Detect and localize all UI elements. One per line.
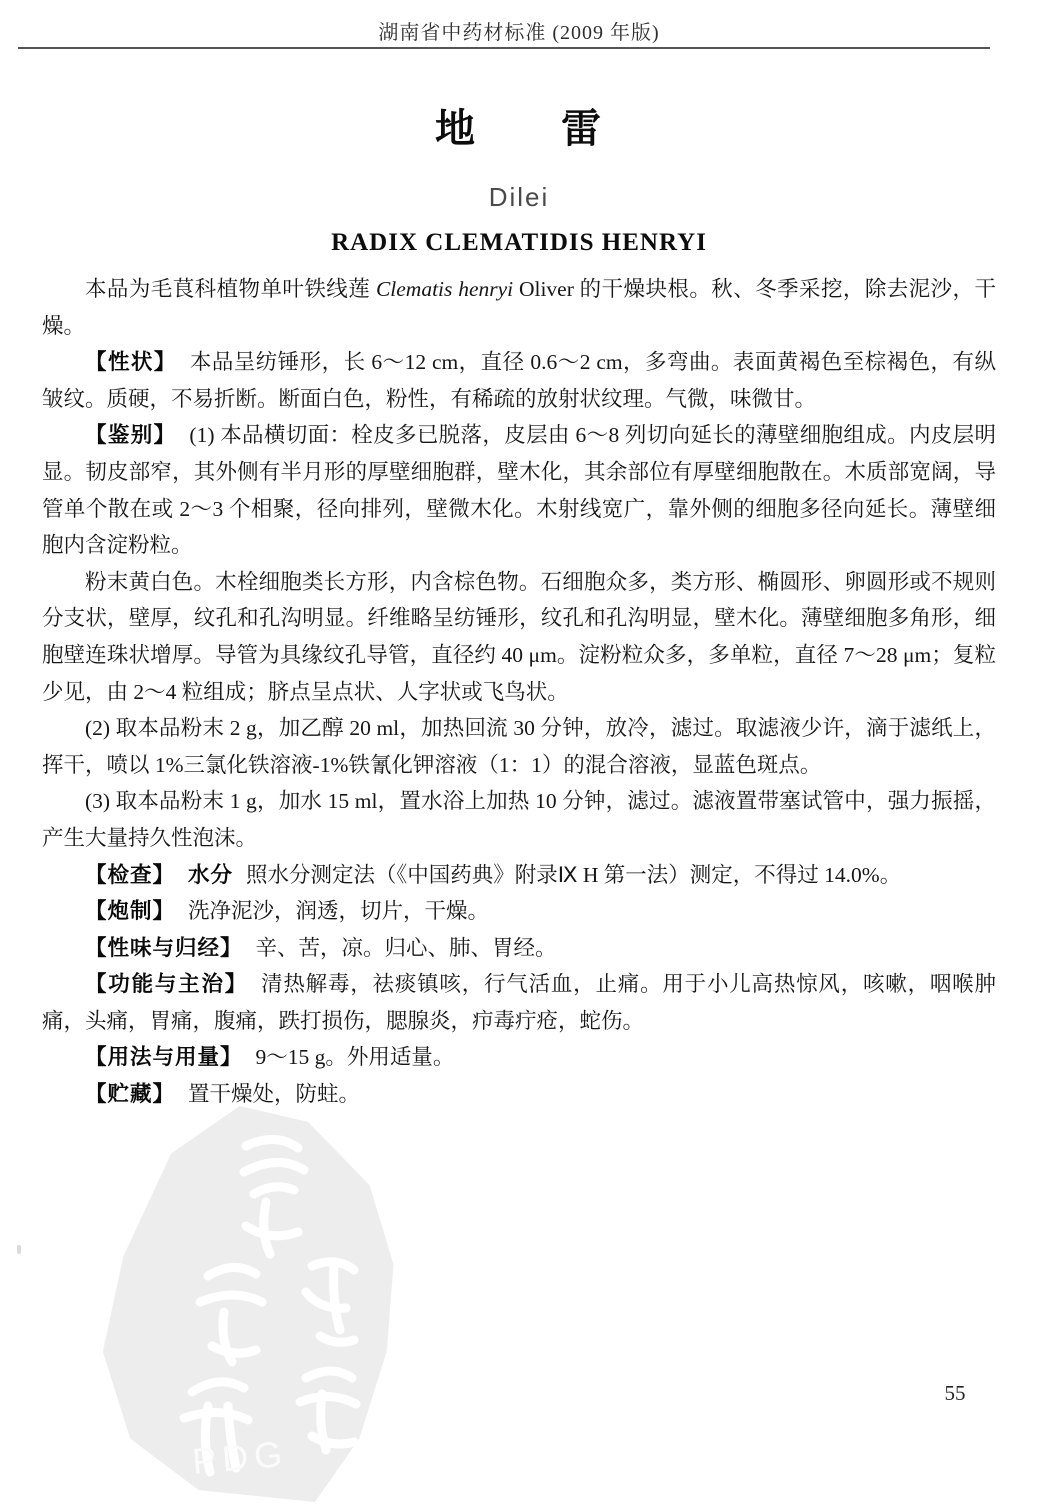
document-body: 本品为毛茛科植物单叶铁线莲 Clematis henryi Oliver 的干燥… <box>42 271 996 1113</box>
section-gongneng-zhuzhi: 【功能与主治】清热解毒，祛痰镇咳，行气活血，止痛。用于小儿高热惊风，咳嗽，咽喉肿… <box>42 966 996 1039</box>
section-text: (2) 取本品粉末 2 g，加乙醇 20 ml，加热回流 30 分钟，放冷，滤过… <box>42 716 996 777</box>
latin-title: RADIX CLEMATIDIS HENRYI <box>0 229 1038 257</box>
section-xingzhuang: 【性状】本品呈纺锤形，长 6～12 cm，直径 0.6～2 cm，多弯曲。表面黄… <box>42 344 996 417</box>
running-header: 湖南省中药材标准 (2009 年版) <box>0 16 1038 45</box>
section-jiancha: 【检查】水分照水分测定法（《中国药典》附录Ⅸ H 第一法）测定，不得过 14.0… <box>42 857 996 894</box>
scan-artifact <box>17 1245 21 1254</box>
section-paozhi: 【炮制】洗净泥沙，润透，切片，干燥。 <box>42 893 996 930</box>
subsection-label: 水分 <box>188 863 233 887</box>
section-jianbie: 【鉴别】(1) 本品横切面：栓皮多已脱落，皮层由 6～8 列切向延长的薄壁细胞组… <box>42 417 996 563</box>
section-label: 【性状】 <box>85 350 177 374</box>
section-text: (3) 取本品粉末 1 g，加水 15 ml，置水浴上加热 10 分钟，滤过。滤… <box>42 789 996 850</box>
section-text: 洗净泥沙，润透，切片，干燥。 <box>188 899 489 923</box>
section-label: 【检查】 <box>85 863 175 887</box>
section-label: 【贮藏】 <box>85 1082 175 1106</box>
section-label: 【炮制】 <box>85 899 175 923</box>
section-text: 辛、苦，凉。归心、肺、胃经。 <box>256 936 557 960</box>
section-text: (1) 本品横切面：栓皮多已脱落，皮层由 6～8 列切向延长的薄壁细胞组成。内皮… <box>42 423 996 557</box>
intro-paragraph: 本品为毛茛科植物单叶铁线莲 Clematis henryi Oliver 的干燥… <box>42 271 996 344</box>
section-xingwei-guijing: 【性味与归经】辛、苦，凉。归心、肺、胃经。 <box>42 930 996 967</box>
section-label: 【用法与用量】 <box>85 1045 243 1069</box>
section-yongfa-yongliang: 【用法与用量】9～15 g。外用适量。 <box>42 1039 996 1076</box>
botanical-name: Clematis henryi <box>376 277 513 301</box>
jianbie-test2-paragraph: (2) 取本品粉末 2 g，加乙醇 20 ml，加热回流 30 分钟，放冷，滤过… <box>42 710 996 783</box>
scanner-watermark-seal: PDG <box>96 1106 438 1502</box>
jianbie-test3-paragraph: (3) 取本品粉末 1 g，加水 15 ml，置水浴上加热 10 分钟，滤过。滤… <box>42 783 996 856</box>
section-text: 9～15 g。外用适量。 <box>256 1045 455 1069</box>
document-page: 湖南省中药材标准 (2009 年版) 地 雷 Dilei RADIX CLEMA… <box>0 0 1038 1505</box>
section-text: 本品呈纺锤形，长 6～12 cm，直径 0.6～2 cm，多弯曲。表面黄褐色至棕… <box>42 350 996 411</box>
section-label: 【功能与主治】 <box>85 972 248 996</box>
pinyin-title: Dilei <box>0 182 1038 213</box>
section-text: 粉末黄白色。木栓细胞类长方形，内含棕色物。石细胞众多，类方形、椭圆形、卵圆形或不… <box>42 570 996 704</box>
page-title: 地 雷 <box>0 97 1038 154</box>
section-text: 置干燥处，防蛀。 <box>188 1082 360 1106</box>
header-divider <box>18 47 990 49</box>
section-zhucang: 【贮藏】置干燥处，防蛀。 <box>42 1076 996 1113</box>
section-label: 【性味与归经】 <box>85 936 243 960</box>
page-number: 55 <box>925 1381 985 1406</box>
section-text: 照水分测定法（《中国药典》附录Ⅸ H 第一法）测定，不得过 14.0%。 <box>246 863 901 887</box>
intro-text-pre: 本品为毛茛科植物单叶铁线莲 <box>85 277 376 301</box>
jianbie-powder-paragraph: 粉末黄白色。木栓细胞类长方形，内含棕色物。石细胞众多，类方形、椭圆形、卵圆形或不… <box>42 564 996 710</box>
section-label: 【鉴别】 <box>85 423 176 447</box>
